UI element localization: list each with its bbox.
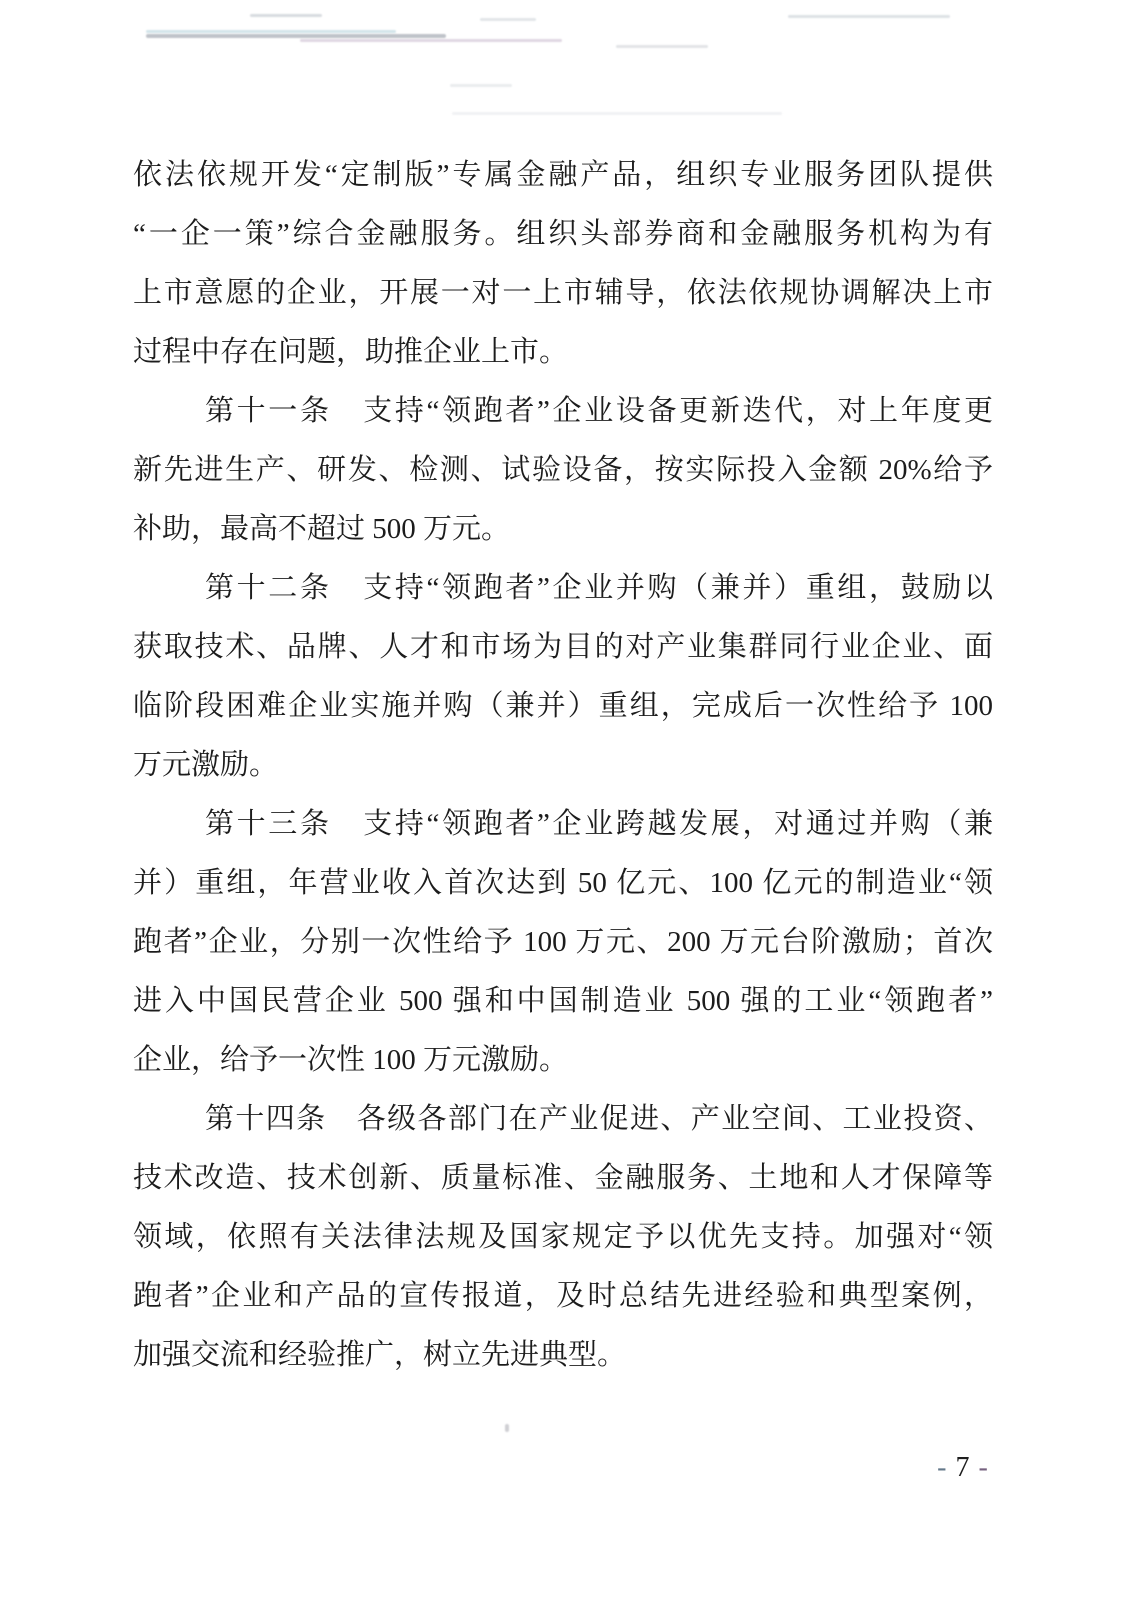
article-13-heading-line: 第十三条 支持“领跑者”企业跨越发展，对通过并购（兼 xyxy=(133,795,993,854)
text-line: 技术改造、技术创新、质量标准、金融服务、土地和人才保障等 xyxy=(133,1149,993,1208)
scan-artifact xyxy=(250,14,322,17)
text-line: 万元激励。 xyxy=(133,736,993,795)
scan-artifact xyxy=(480,18,536,21)
text-line: 新先进生产、研发、检测、试验设备，按实际投入金额 20%给予 xyxy=(133,441,993,500)
scan-artifact xyxy=(146,34,446,38)
page-number-value: 7 xyxy=(956,1452,970,1483)
text-line: 获取技术、品牌、人才和市场为目的对产业集群同行业企业、面 xyxy=(133,618,993,677)
scan-artifact xyxy=(146,30,396,33)
text-line: 过程中存在问题，助推企业上市。 xyxy=(133,323,993,382)
text-line: 跑者”企业，分别一次性给予 100 万元、200 万元台阶激励；首次 xyxy=(133,913,993,972)
text-line: 依法依规开发“定制版”专属金融产品，组织专业服务团队提供 xyxy=(133,146,993,205)
page-number: -7- xyxy=(905,1452,1020,1484)
scan-artifact xyxy=(788,15,950,18)
text-line: 进入中国民营企业 500 强和中国制造业 500 强的工业“领跑者” xyxy=(133,972,993,1031)
scan-artifact xyxy=(452,112,782,115)
scan-artifact xyxy=(300,39,562,42)
article-12-heading-line: 第十二条 支持“领跑者”企业并购（兼并）重组，鼓励以 xyxy=(133,559,993,618)
scan-artifact xyxy=(505,1424,509,1432)
text-line: 补助，最高不超过 500 万元。 xyxy=(133,500,993,559)
page-number-right-dash: - xyxy=(979,1452,988,1483)
text-line: 加强交流和经验推广，树立先进典型。 xyxy=(133,1326,993,1385)
text-line: 领域，依照有关法律法规及国家规定予以优先支持。加强对“领 xyxy=(133,1208,993,1267)
text-line: 企业，给予一次性 100 万元激励。 xyxy=(133,1031,993,1090)
text-line: 临阶段困难企业实施并购（兼并）重组，完成后一次性给予 100 xyxy=(133,677,993,736)
document-body: 依法依规开发“定制版”专属金融产品，组织专业服务团队提供 “一企一策”综合金融服… xyxy=(133,146,993,1385)
text-line: “一企一策”综合金融服务。组织头部券商和金融服务机构为有 xyxy=(133,205,993,264)
text-line: 上市意愿的企业，开展一对一上市辅导，依法依规协调解决上市 xyxy=(133,264,993,323)
article-11-heading-line: 第十一条 支持“领跑者”企业设备更新迭代，对上年度更 xyxy=(133,382,993,441)
article-14-heading-line: 第十四条 各级各部门在产业促进、产业空间、工业投资、 xyxy=(133,1090,993,1149)
text-line: 并）重组，年营业收入首次达到 50 亿元、100 亿元的制造业“领 xyxy=(133,854,993,913)
text-line: 跑者”企业和产品的宣传报道，及时总结先进经验和典型案例， xyxy=(133,1267,993,1326)
page-number-left-dash: - xyxy=(937,1452,946,1483)
scan-artifact xyxy=(450,84,512,87)
scan-artifact xyxy=(616,45,708,48)
